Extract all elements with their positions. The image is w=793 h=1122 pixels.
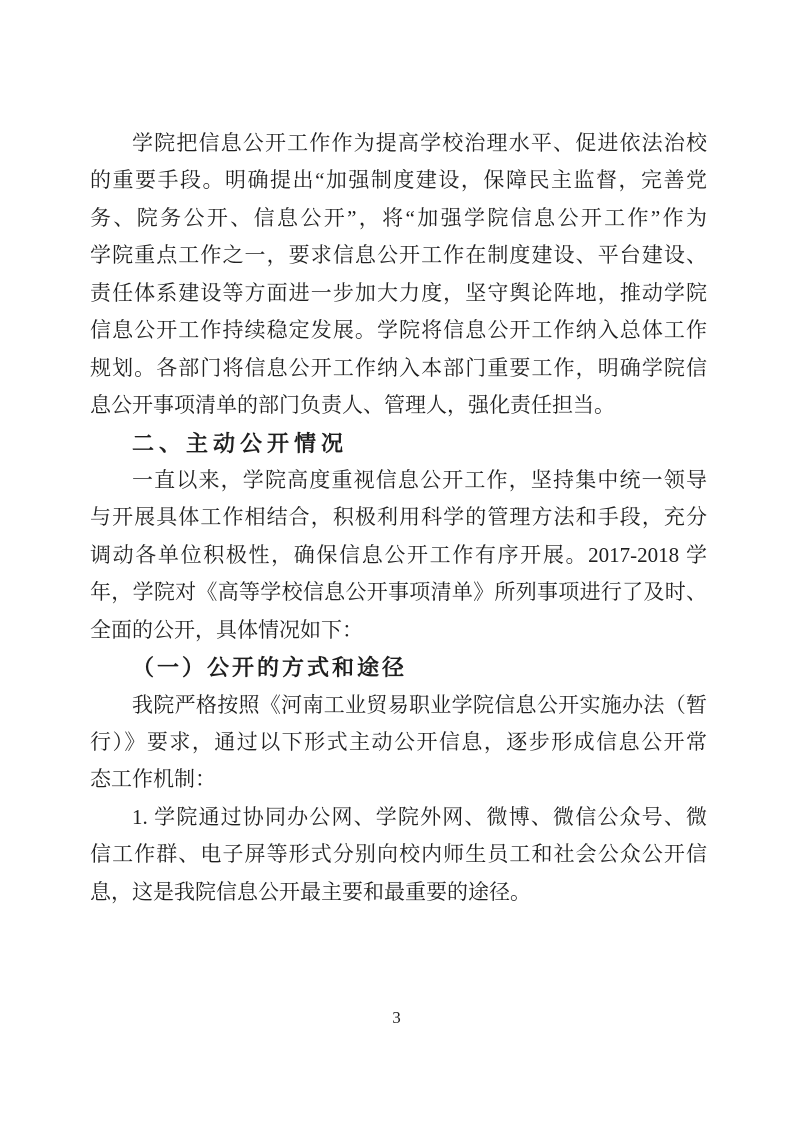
text-line: 调动各单位积极性，确保信息公开工作有序开展。2017-2018 学	[90, 537, 707, 574]
text-line: 学院重点工作之一，要求信息公开工作在制度建设、平台建设、	[90, 237, 707, 274]
text-line: 息，这是我院信息公开最主要和最重要的途径。	[90, 874, 707, 911]
subsection-heading-methods: （一）公开的方式和途径	[90, 649, 707, 686]
document-body: 学院把信息公开工作作为提高学校治理水平、促进依法治校的重要手段。明确提出“加强制…	[90, 125, 707, 911]
text-line: 的重要手段。明确提出“加强制度建设，保障民主监督，完善党	[90, 162, 707, 199]
text-line: 行）》要求，通过以下形式主动公开信息，逐步形成信息公开常	[90, 724, 707, 761]
page-number: 3	[392, 1008, 401, 1027]
text-line: 我院严格按照《河南工业贸易职业学院信息公开实施办法（暂	[90, 687, 707, 724]
text-line: 责任体系建设等方面进一步加大力度，坚守舆论阵地，推动学院	[90, 275, 707, 312]
document-page: 学院把信息公开工作作为提高学校治理水平、促进依法治校的重要手段。明确提出“加强制…	[0, 0, 793, 1122]
text-line: 年，学院对《高等学校信息公开事项清单》所列事项进行了及时、	[90, 574, 707, 611]
text-line: 务、院务公开、信息公开”，将“加强学院信息公开工作”作为	[90, 200, 707, 237]
text-line: 规划。各部门将信息公开工作纳入本部门重要工作，明确学院信	[90, 350, 707, 387]
text-line: 与开展具体工作相结合，积极利用科学的管理方法和手段，充分	[90, 499, 707, 536]
text-line: 态工作机制：	[90, 761, 707, 798]
text-line: 全面的公开，具体情况如下：	[90, 612, 707, 649]
text-line: 学院把信息公开工作作为提高学校治理水平、促进依法治校	[90, 125, 707, 162]
page-footer: 3	[0, 1008, 793, 1028]
section-heading-active-disclosure: 二、主动公开情况	[90, 425, 707, 462]
text-line: 息公开事项清单的部门负责人、管理人，强化责任担当。	[90, 387, 707, 424]
text-line: 信息公开工作持续稳定发展。学院将信息公开工作纳入总体工作	[90, 312, 707, 349]
text-line: 一直以来，学院高度重视信息公开工作，坚持集中统一领导	[90, 462, 707, 499]
text-line: 信工作群、电子屏等形式分别向校内师生员工和社会公众公开信	[90, 836, 707, 873]
text-line: 1. 学院通过协同办公网、学院外网、微博、微信公众号、微	[90, 799, 707, 836]
